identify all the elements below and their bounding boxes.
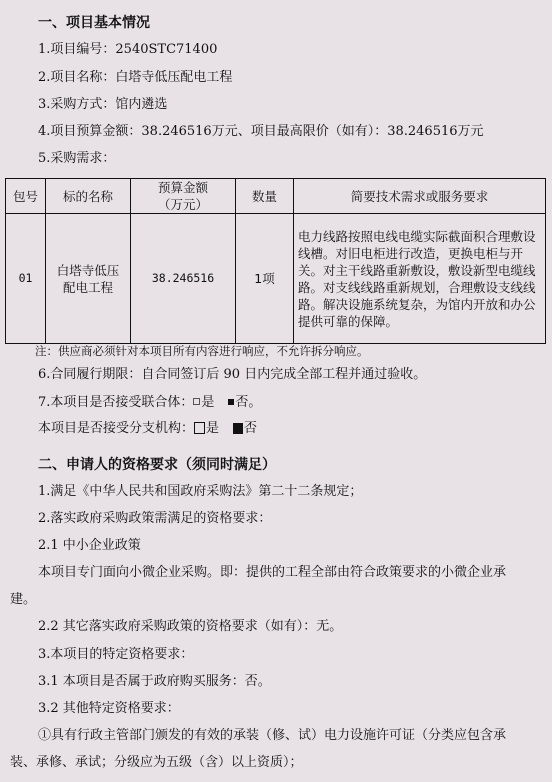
contract-period: 6.合同履行期限：自合同签订后 90 日内完成全部工程并通过验收。 (38, 367, 426, 383)
branch-label: 本项目是否接受分支机构： (38, 421, 194, 436)
consortium-yes-checkbox[interactable] (193, 398, 200, 405)
requirement-3: 3.本项目的特定资格要求： (38, 647, 193, 663)
procurement-needs-label: 5.采购需求： (38, 151, 115, 167)
requirement-3-2: 3.2 其他特定资格要求： (38, 701, 180, 717)
branch-yes-label: 是 (206, 421, 219, 436)
section-1-title: 一、项目基本情况 (38, 15, 150, 31)
branch-no-checkbox[interactable] (233, 423, 243, 434)
cell-requirements: 电力线路按照电线电缆实际截面积合理敷设线槽。对旧电柜进行改造，更换电柜与开关。对… (294, 214, 546, 344)
requirement-2-1-text: 本项目专门面向小微企业采购。即：提供的工程全部由符合政策要求的小微企业承 (38, 565, 506, 581)
procurement-table: 包号 标的名称 预算金额（万元） 数量 简要技术需求或服务要求 01 白塔寺低压… (5, 178, 546, 344)
requirement-2-2: 2.2 其它落实政府采购政策的资格要求（如有）：无。 (38, 619, 342, 635)
header-package-no: 包号 (6, 179, 46, 214)
header-budget: 预算金额（万元） (131, 179, 236, 214)
branch-question: 本项目是否接受分支机构：是否 (38, 421, 257, 437)
procurement-method: 3.采购方式：馆内遴选 (38, 97, 167, 113)
requirement-3-2-text-cont: 装、承修、承试；分级应为五级（含）以上资质）； (10, 755, 303, 771)
header-requirements: 简要技术需求或服务要求 (294, 179, 546, 214)
cell-budget: 38.246516 (131, 214, 236, 344)
requirement-2-1: 2.1 中小企业政策 (38, 538, 141, 554)
project-budget: 4.项目预算金额：38.246516万元、项目最高限价（如有）：38.24651… (38, 124, 484, 140)
requirement-3-1: 3.1 本项目是否属于政府购买服务：否。 (38, 674, 271, 690)
requirement-3-2-text: ①具有行政主管部门颁发的有效的承装（修、试）电力设施许可证（分类应包含承 (38, 728, 506, 744)
table-header-row: 包号 标的名称 预算金额（万元） 数量 简要技术需求或服务要求 (6, 179, 546, 214)
cell-package-no: 01 (6, 214, 46, 344)
cell-item-name: 白塔寺低压配电工程 (46, 214, 131, 344)
consortium-no-label: 否。 (235, 395, 261, 410)
table-note: 注：供应商必须针对本项目所有内容进行响应，不允许拆分响应。 (35, 343, 369, 359)
consortium-no-checkbox[interactable] (228, 399, 234, 405)
section-2-title: 二、申请人的资格要求（须同时满足） (38, 457, 276, 473)
consortium-yes-label: 是 (201, 395, 214, 410)
table-row: 01 白塔寺低压配电工程 38.246516 1项 电力线路按照电线电缆实际截面… (6, 214, 546, 344)
cell-quantity: 1项 (236, 214, 294, 344)
header-item-name: 标的名称 (46, 179, 131, 214)
requirement-2-1-text-cont: 建。 (10, 592, 36, 608)
consortium-question: 7.本项目是否接受联合体：是否。 (38, 395, 261, 411)
project-name: 2.项目名称：白塔寺低压配电工程 (38, 70, 232, 86)
header-quantity: 数量 (236, 179, 294, 214)
requirement-1: 1.满足《中华人民共和国政府采购法》第二十二条规定； (38, 484, 362, 500)
branch-no-label: 否 (244, 421, 257, 436)
consortium-label: 7.本项目是否接受联合体： (38, 395, 193, 410)
requirement-2: 2.落实政府采购政策需满足的资格要求： (38, 511, 271, 527)
branch-yes-checkbox[interactable] (194, 422, 205, 434)
project-number: 1.项目编号：2540STC71400 (38, 42, 217, 58)
